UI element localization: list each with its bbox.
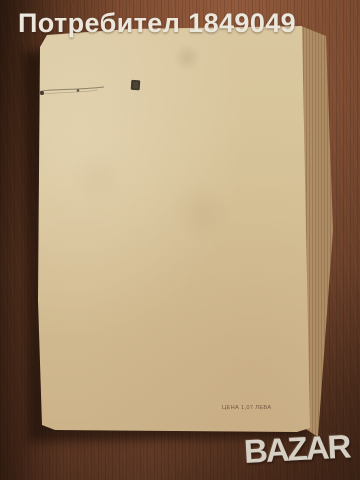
book-listing-photo: ЦЕНА 1,07 ЛЕВА Потребител 1849049 BAZAR <box>0 0 360 480</box>
price-stamp: ЦЕНА 1,07 ЛЕВА <box>222 404 271 410</box>
bazar-watermark: BAZAR <box>243 427 350 470</box>
ink-scribble-mark <box>30 74 150 104</box>
seller-username-overlay: Потребител 1849049 <box>18 8 296 39</box>
